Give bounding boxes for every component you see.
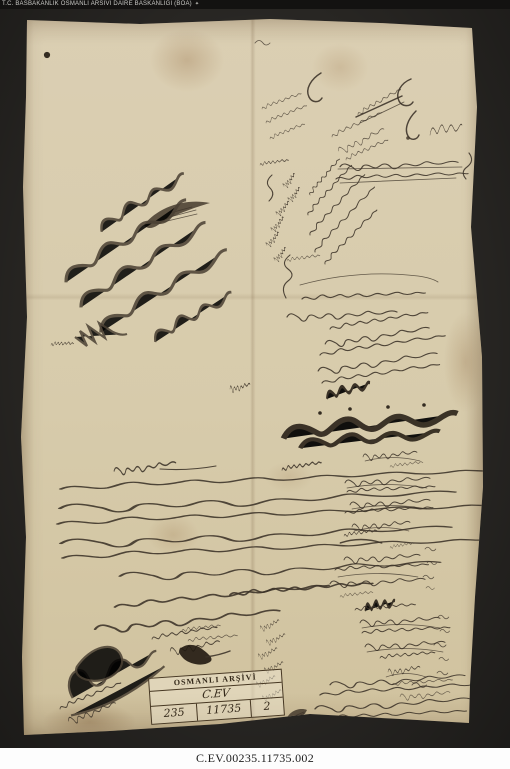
strikethrough-flourish	[75, 323, 127, 346]
manuscript-paper: OSMANLI ARŞİVİ C.EV 235 11735 2	[20, 17, 484, 736]
archive-stamp: OSMANLI ARŞİVİ C.EV 235 11735 2	[148, 669, 285, 725]
archive-header-ornament-icon: ✦	[195, 0, 199, 9]
paper-hole-and-stray-marks	[44, 41, 270, 59]
lone-keyword	[230, 383, 250, 392]
ink-blot	[179, 645, 211, 665]
marginal-word-column	[260, 93, 308, 263]
document-photo-background: OSMANLI ARŞİVİ C.EV 235 11735 2	[0, 9, 510, 748]
catalog-reference: C.EV.00235.11735.002	[0, 748, 510, 769]
rotated-paragraph-block	[318, 312, 446, 399]
stamp-item-number: 2	[249, 698, 284, 717]
ink-annotations-svg	[20, 17, 484, 739]
archive-header-bar: T.C. BASBAKANLIK OSMANLI ARSIVI DAIRE BA…	[0, 0, 510, 9]
diagonal-annotation-block	[304, 159, 381, 265]
archive-scan-page: { "header_bar": { "title": "T.C. BASBAKA…	[0, 0, 510, 769]
ledger-column	[330, 451, 453, 700]
main-text-block	[58, 462, 484, 596]
stamp-dossier-number: 11735	[196, 700, 250, 721]
calligraphic-headline	[283, 403, 459, 448]
catalog-reference-text: C.EV.00235.11735.002	[196, 751, 314, 765]
mid-right-memo	[283, 255, 438, 321]
archive-header-title: T.C. BASBAKANLIK OSMANLI ARSIVI DAIRE BA…	[2, 0, 192, 9]
bottom-right-note	[286, 675, 484, 722]
top-right-flourishes	[308, 73, 472, 183]
stamp-box-number: 235	[151, 704, 197, 724]
diagonal-petition-script	[51, 173, 237, 349]
